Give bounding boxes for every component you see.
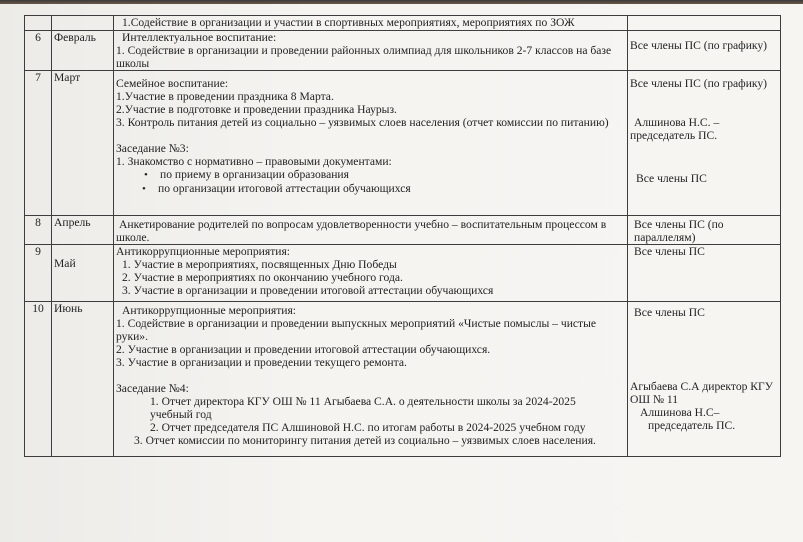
table-row: 9 Май Антикоррупционные мероприятия: 1. …	[25, 245, 781, 302]
work-plan-table: 1.Содействие в организации и участии в с…	[24, 15, 781, 457]
responsible-line: Все члены ПС	[630, 172, 778, 185]
row-responsible: Все члены ПС (по параллелям)	[628, 216, 781, 245]
content-line: 3. Участие в организации и проведении ит…	[116, 284, 625, 297]
row-number: 6	[25, 31, 52, 71]
content-line: 1. Участие в мероприятиях, посвященных Д…	[116, 258, 625, 271]
content-line: 2. Участие в мероприятиях по окончанию у…	[116, 271, 625, 284]
row-content: Анкетирование родителей по вопросам удов…	[114, 216, 628, 245]
spacer	[630, 332, 778, 345]
row-month: Апрель	[52, 216, 114, 245]
spacer	[630, 155, 778, 172]
row-responsible: Все члены ПС	[628, 245, 781, 302]
row-month: Март	[52, 71, 114, 216]
row-number: 7	[25, 71, 52, 216]
spacer	[630, 319, 778, 332]
meeting-heading: Заседание №3:	[116, 142, 625, 155]
spacer	[116, 129, 625, 142]
bullet-item: по приему в организации образования	[116, 168, 625, 182]
row-responsible	[628, 16, 781, 31]
responsible-line: Алшинова Н.С–	[630, 406, 778, 419]
responsible-line: председатель ПС.	[630, 129, 778, 142]
row-month: Февраль	[52, 31, 114, 71]
responsible-line: Все члены ПС (по графику)	[630, 39, 778, 52]
content-line: 3. Контроль питания детей из социально –…	[116, 116, 625, 129]
table-row: 1.Содействие в организации и участии в с…	[25, 16, 781, 31]
responsible-line: Агыбаева С.А директор КГУ ОШ № 11	[630, 380, 778, 406]
bullet-item: по организации итоговой аттестации обуча…	[116, 182, 625, 196]
row-number	[25, 16, 52, 31]
responsible-line: Алшинова Н.С. –	[630, 116, 778, 129]
content-heading: Интеллектуальное воспитание:	[116, 31, 625, 44]
row-number: 9	[25, 245, 52, 302]
spacer	[630, 142, 778, 155]
spacer	[630, 103, 778, 116]
row-month	[52, 16, 114, 31]
row-content: 1.Содействие в организации и участии в с…	[114, 16, 628, 31]
spacer	[116, 369, 625, 382]
row-responsible: Все члены ПС Агыбаева С.А директор КГУ О…	[628, 302, 781, 457]
content-line: 2. Участие в организации и проведении ит…	[116, 343, 625, 356]
row-responsible: Все члены ПС (по графику)	[628, 31, 781, 71]
content-line: 2.Участие в подготовке и проведении праз…	[116, 103, 625, 116]
row-content: Семейное воспитание: 1.Участие в проведе…	[114, 71, 628, 216]
spacer	[630, 90, 778, 103]
content-heading: Антикоррупционные мероприятия:	[116, 245, 625, 258]
table-row: 7 Март Семейное воспитание: 1.Участие в …	[25, 71, 781, 216]
row-month: Май	[52, 245, 114, 302]
document-page: 1.Содействие в организации и участии в с…	[0, 4, 803, 542]
content-line: 1.Участие в проведении праздника 8 Марта…	[116, 90, 625, 103]
content-line: 1.Содействие в организации и участии в с…	[116, 16, 625, 29]
row-content: Антикоррупционные мероприятия: 1. Участи…	[114, 245, 628, 302]
table-row: 8 Апрель Анкетирование родителей по вопр…	[25, 216, 781, 245]
row-content: Антикоррупционные мероприятия: 1. Содейс…	[114, 302, 628, 457]
responsible-line: Все члены ПС (по графику)	[630, 77, 778, 90]
content-line: 3. Отчет комиссии по мониторингу питания…	[116, 434, 625, 447]
spacer	[630, 371, 778, 380]
responsible-line: Все члены ПС	[634, 245, 778, 258]
row-responsible: Все члены ПС (по графику) Алшинова Н.С. …	[628, 71, 781, 216]
table-row: 10 Июнь Антикоррупционные мероприятия: 1…	[25, 302, 781, 457]
responsible-line: председатель ПС.	[630, 419, 778, 432]
content-line: Анкетирование родителей по вопросам удов…	[116, 218, 625, 244]
table-row: 6 Февраль Интеллектуальное воспитание: 1…	[25, 31, 781, 71]
row-month: Июнь	[52, 302, 114, 457]
content-line: 1. Содействие в организации и проведении…	[116, 44, 625, 70]
row-number: 8	[25, 216, 52, 245]
spacer	[630, 345, 778, 358]
meeting-heading: Заседание №4:	[116, 382, 625, 395]
row-content: Интеллектуальное воспитание: 1. Содейств…	[114, 31, 628, 71]
row-number: 10	[25, 302, 52, 457]
content-heading: Антикоррупционные мероприятия:	[116, 304, 625, 317]
spacer	[630, 358, 778, 371]
content-line: 1. Знакомство с нормативно – правовыми д…	[116, 155, 625, 168]
content-line: 1. Отчет директора КГУ ОШ № 11 Агыбаева …	[116, 395, 625, 421]
content-line: 2. Отчет председателя ПС Алшиновой Н.С. …	[116, 421, 625, 434]
responsible-line: Все члены ПС	[630, 306, 778, 319]
content-line: 1. Содействие в организации и проведении…	[116, 317, 625, 343]
responsible-line: Все члены ПС (по параллелям)	[634, 218, 778, 244]
content-heading: Семейное воспитание:	[116, 77, 625, 90]
content-line: 3. Участие в организации и проведении те…	[116, 356, 625, 369]
